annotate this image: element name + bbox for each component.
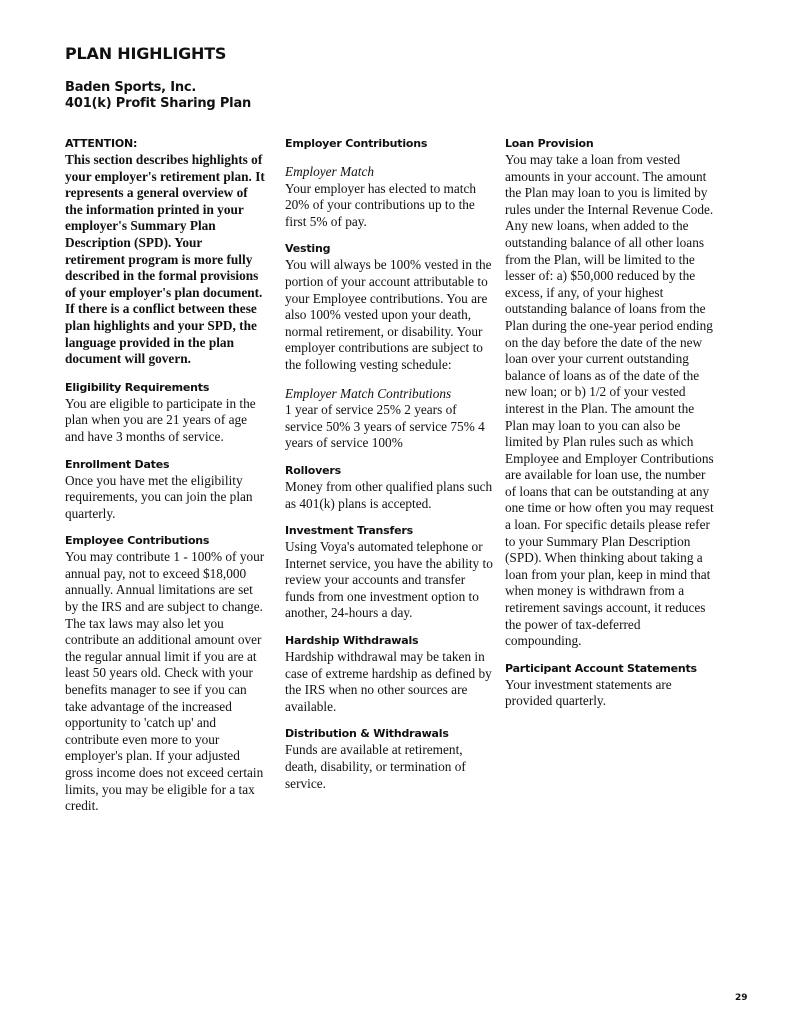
attention-body: This section describes highlights of you… xyxy=(65,152,265,368)
employee-contributions-body: You may contribute 1 - 100% of your annu… xyxy=(65,549,265,815)
enrollment-section: Enrollment Dates Once you have met the e… xyxy=(65,457,265,523)
loan-section: Loan Provision You may take a loan from … xyxy=(505,136,717,650)
plan-name: 401(k) Profit Sharing Plan xyxy=(65,96,251,112)
enrollment-heading: Enrollment Dates xyxy=(65,457,265,473)
rollovers-heading: Rollovers xyxy=(285,463,495,479)
employee-contributions-heading: Employee Contributions xyxy=(65,533,265,549)
attention-section: ATTENTION: This section describes highli… xyxy=(65,136,265,368)
column-left: ATTENTION: This section describes highli… xyxy=(65,136,265,826)
distribution-section: Distribution & Withdrawals Funds are ava… xyxy=(285,726,495,792)
loan-body: You may take a loan from vested amounts … xyxy=(505,152,717,650)
column-middle: Employer Contributions Employer Match Yo… xyxy=(285,136,495,803)
vesting-heading: Vesting xyxy=(285,241,495,257)
attention-heading: ATTENTION: xyxy=(65,136,265,152)
statements-heading: Participant Account Statements xyxy=(505,661,717,677)
hardship-section: Hardship Withdrawals Hardship withdrawal… xyxy=(285,633,495,715)
page-title: PLAN HIGHLIGHTS xyxy=(65,44,226,63)
vesting-schedule: 1 year of service 25% 2 years of service… xyxy=(285,402,495,452)
spacer xyxy=(285,374,495,386)
eligibility-section: Eligibility Requirements You are eligibl… xyxy=(65,380,265,446)
distribution-body: Funds are available at retirement, death… xyxy=(285,742,495,792)
hardship-heading: Hardship Withdrawals xyxy=(285,633,495,649)
employer-contributions-heading: Employer Contributions xyxy=(285,136,495,152)
rollovers-section: Rollovers Money from other qualified pla… xyxy=(285,463,495,512)
plan-sponsor-block: Baden Sports, Inc. 401(k) Profit Sharing… xyxy=(65,80,251,112)
employer-contributions-section: Employer Contributions Employer Match Yo… xyxy=(285,136,495,230)
hardship-body: Hardship withdrawal may be taken in case… xyxy=(285,649,495,715)
investment-transfers-heading: Investment Transfers xyxy=(285,523,495,539)
vesting-schedule-heading: Employer Match Contributions xyxy=(285,386,495,403)
rollovers-body: Money from other qualified plans such as… xyxy=(285,479,495,512)
vesting-body: You will always be 100% vested in the po… xyxy=(285,257,495,373)
eligibility-heading: Eligibility Requirements xyxy=(65,380,265,396)
employer-match-subheading: Employer Match xyxy=(285,164,495,181)
investment-transfers-section: Investment Transfers Using Voya's automa… xyxy=(285,523,495,622)
enrollment-body: Once you have met the eligibility requir… xyxy=(65,473,265,523)
column-right: Loan Provision You may take a loan from … xyxy=(505,136,717,721)
vesting-section: Vesting You will always be 100% vested i… xyxy=(285,241,495,452)
loan-heading: Loan Provision xyxy=(505,136,717,152)
company-name: Baden Sports, Inc. xyxy=(65,80,251,96)
statements-body: Your investment statements are provided … xyxy=(505,677,717,710)
eligibility-body: You are eligible to participate in the p… xyxy=(65,396,265,446)
spacer xyxy=(285,152,495,164)
employee-contributions-section: Employee Contributions You may contribut… xyxy=(65,533,265,815)
investment-transfers-body: Using Voya's automated telephone or Inte… xyxy=(285,539,495,622)
statements-section: Participant Account Statements Your inve… xyxy=(505,661,717,710)
distribution-heading: Distribution & Withdrawals xyxy=(285,726,495,742)
page-number: 29 xyxy=(735,993,748,1003)
employer-match-body: Your employer has elected to match 20% o… xyxy=(285,181,495,231)
